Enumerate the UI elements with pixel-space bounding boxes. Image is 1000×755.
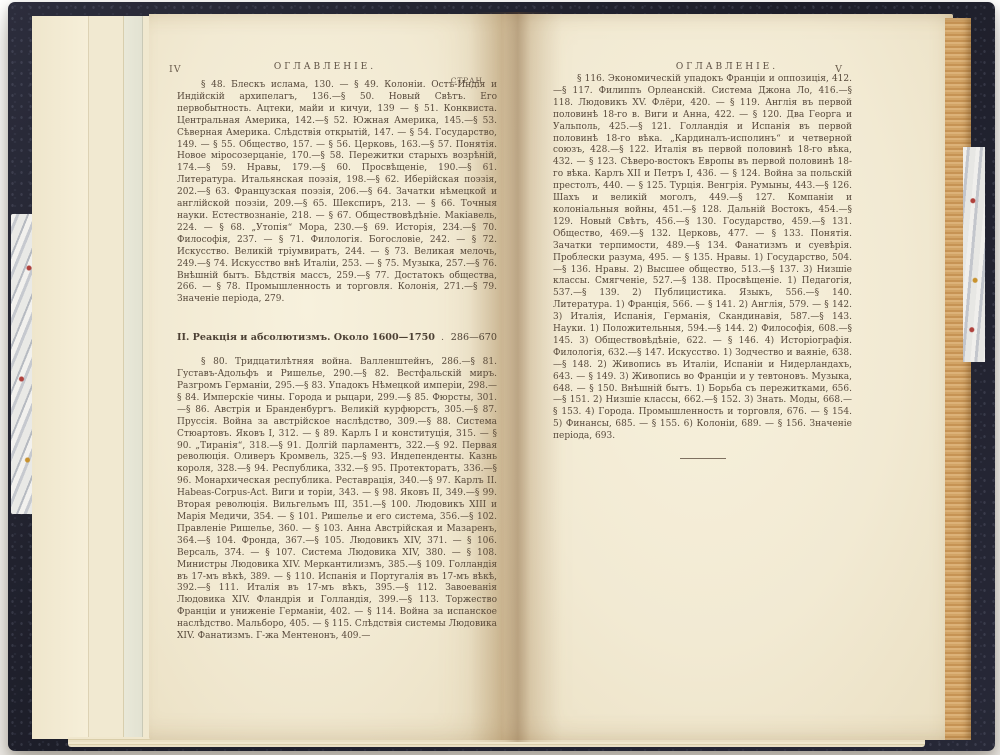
page-left: IV ОГЛАВЛЕНІЕ. СТРАН. § 48. Блескъ ислам… — [149, 14, 501, 740]
toc-paragraph-3: § 116. Экономическій упадокъ Франціи и о… — [553, 74, 852, 443]
right-text-column: § 116. Экономическій упадокъ Франціи и о… — [553, 74, 852, 459]
photo-background: IV ОГЛАВЛЕНІЕ. СТРАН. § 48. Блескъ ислам… — [0, 0, 1000, 755]
running-title-right: ОГЛАВЛЕНІЕ. — [501, 62, 953, 72]
toc-paragraph-1: § 48. Блескъ ислама, 130. — § 49. Колоні… — [177, 80, 497, 306]
section-page-range: 286—670 — [451, 332, 497, 343]
section-heading: II. Реакція и абсолютизмъ. Около 1600—17… — [177, 332, 497, 343]
page-edge-stack-2 — [89, 16, 124, 739]
page-edge-stack-3 — [124, 16, 143, 739]
toc-paragraph-2: § 80. Тридцатилѣтняя война. Валленштейнъ… — [177, 357, 497, 643]
marbled-endpaper-right — [963, 147, 985, 362]
left-text-column: § 48. Блескъ ислама, 130. — § 49. Колоні… — [177, 80, 497, 643]
section-divider-rule — [680, 458, 726, 459]
page-left-header: IV ОГЛАВЛЕНІЕ. СТРАН. — [149, 14, 501, 84]
book: IV ОГЛАВЛЕНІЕ. СТРАН. § 48. Блескъ ислам… — [8, 2, 995, 751]
fore-edge-right — [945, 18, 971, 740]
page-right: ОГЛАВЛЕНІЕ. V § 116. Экономическій упадо… — [501, 14, 953, 740]
page-edge-stack-1 — [32, 16, 89, 739]
running-title-left: ОГЛАВЛЕНІЕ. — [149, 62, 501, 72]
section-heading-label: II. Реакція и абсолютизмъ. Около 1600—17… — [177, 332, 435, 343]
dot-leaders: . . . . . . . — [441, 332, 445, 343]
